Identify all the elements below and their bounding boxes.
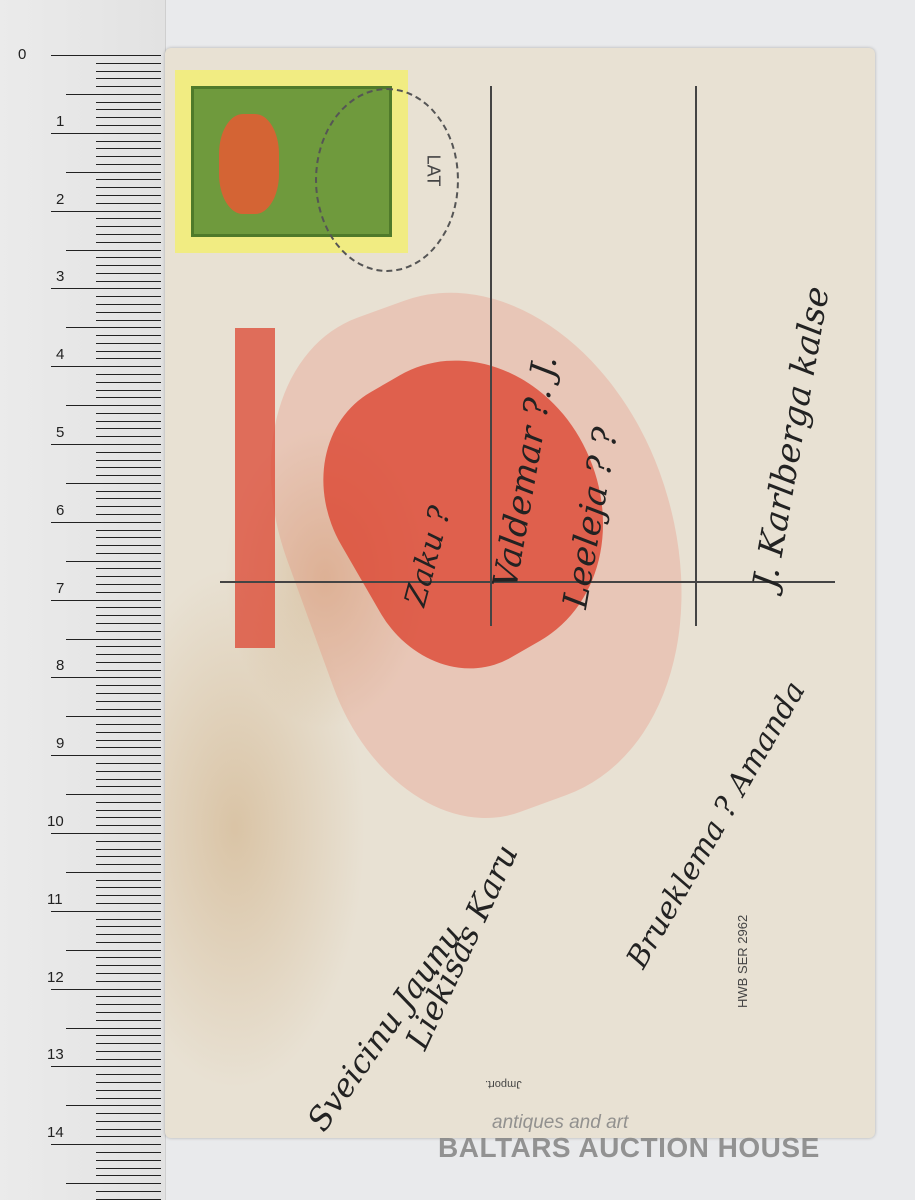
ruler-tick	[96, 849, 161, 850]
ruler-label: 10	[47, 813, 64, 830]
ruler-tick	[96, 71, 161, 72]
ruler-tick	[96, 358, 161, 359]
ruler-tick	[96, 1160, 161, 1161]
ruler-tick	[96, 475, 161, 476]
ruler-tick	[96, 631, 161, 632]
watermark-tagline: antiques and art	[492, 1112, 628, 1134]
ruler-tick	[51, 444, 161, 445]
ruler-tick	[96, 304, 161, 305]
ruler-tick	[96, 63, 161, 64]
ruler-tick	[51, 1144, 161, 1145]
ruler-tick	[96, 125, 161, 126]
ruler-tick	[96, 436, 161, 437]
ruler-tick	[96, 786, 161, 787]
ruler-tick	[96, 732, 161, 733]
ruler-tick	[96, 615, 161, 616]
ruler-tick	[96, 670, 161, 671]
ruler-tick	[96, 802, 161, 803]
ruler-tick	[96, 148, 161, 149]
ruler-tick	[96, 164, 161, 165]
ruler-label: 11	[47, 891, 63, 908]
ruler-tick	[96, 825, 161, 826]
ruler-tick	[96, 179, 161, 180]
ruler-tick	[96, 218, 161, 219]
ruler-tick	[96, 226, 161, 227]
ruler-tick	[96, 685, 161, 686]
ruler-tick	[96, 553, 161, 554]
ruler-tick	[96, 747, 161, 748]
ruler-tick	[96, 887, 161, 888]
ruler-tick	[96, 382, 161, 383]
ruler-tick	[96, 1035, 161, 1036]
ruler-tick	[96, 895, 161, 896]
ruler-tick	[96, 195, 161, 196]
ruler-tick	[96, 109, 161, 110]
ruler-tick	[96, 491, 161, 492]
measuring-ruler: 01234567891011121314	[0, 0, 166, 1200]
ruler-tick	[96, 693, 161, 694]
ruler-tick	[96, 1082, 161, 1083]
ruler-label: 0	[18, 46, 26, 63]
ruler-label: 13	[47, 1046, 64, 1063]
ruler-tick	[96, 1152, 161, 1153]
ruler-tick	[66, 405, 161, 406]
ruler-tick	[96, 296, 161, 297]
ruler-tick	[96, 203, 161, 204]
ruler-tick	[96, 810, 161, 811]
ruler-tick	[66, 639, 161, 640]
ruler-tick	[51, 989, 161, 990]
ruler-tick	[66, 716, 161, 717]
ruler-tick	[96, 320, 161, 321]
ruler-tick	[96, 740, 161, 741]
ruler-tick	[96, 452, 161, 453]
ruler-tick	[96, 926, 161, 927]
ruler-label: 4	[56, 346, 64, 363]
ruler-tick	[96, 1136, 161, 1137]
ruler-tick	[96, 864, 161, 865]
ruler-tick	[96, 592, 161, 593]
ruler-tick	[66, 794, 161, 795]
ruler-tick	[96, 607, 161, 608]
ruler-tick	[96, 646, 161, 647]
ruler-tick	[96, 1090, 161, 1091]
ruler-tick	[96, 343, 161, 344]
ruler-tick	[96, 1059, 161, 1060]
ruler-tick	[96, 537, 161, 538]
ruler-tick	[96, 413, 161, 414]
ruler-tick	[96, 568, 161, 569]
ruler-tick	[96, 957, 161, 958]
ruler-tick	[96, 117, 161, 118]
ruler-label: 3	[56, 268, 64, 285]
ruler-tick	[96, 965, 161, 966]
ruler-tick	[51, 366, 161, 367]
ruler-tick	[96, 584, 161, 585]
ruler-tick	[96, 335, 161, 336]
ruler-tick	[96, 724, 161, 725]
ruler-tick	[66, 561, 161, 562]
ruler-tick	[96, 498, 161, 499]
ruler-tick	[96, 428, 161, 429]
address-line	[695, 86, 697, 626]
ruler-tick	[96, 934, 161, 935]
ruler-tick	[96, 779, 161, 780]
ruler-tick	[51, 522, 161, 523]
ruler-tick	[66, 950, 161, 951]
ruler-tick	[96, 141, 161, 142]
ruler-tick	[96, 771, 161, 772]
center-line	[220, 581, 835, 583]
ruler-tick	[96, 576, 161, 577]
ruler-tick	[96, 460, 161, 461]
ruler-tick	[96, 973, 161, 974]
ruler-tick	[96, 1012, 161, 1013]
ruler-tick	[96, 102, 161, 103]
ruler-tick	[66, 872, 161, 873]
ruler-tick	[96, 662, 161, 663]
ruler-tick	[51, 211, 161, 212]
ruler-tick	[96, 86, 161, 87]
watermark-brand: BALTARS AUCTION HOUSE	[438, 1132, 820, 1164]
ruler-label: 14	[47, 1124, 64, 1141]
ruler-tick	[51, 833, 161, 834]
ruler-tick	[96, 257, 161, 258]
ruler-tick	[96, 281, 161, 282]
ruler-tick	[96, 701, 161, 702]
ruler-tick	[96, 919, 161, 920]
ruler-tick	[96, 545, 161, 546]
ruler-tick	[66, 1183, 161, 1184]
ruler-tick	[96, 817, 161, 818]
ruler-tick	[51, 55, 161, 56]
ruler-tick	[96, 234, 161, 235]
ruler-tick	[96, 506, 161, 507]
ruler-tick	[96, 1191, 161, 1192]
ruler-tick	[96, 1175, 161, 1176]
ruler-tick	[96, 390, 161, 391]
postmark: LAT	[315, 88, 459, 272]
ruler-tick	[96, 1020, 161, 1021]
ruler-tick	[51, 288, 161, 289]
ruler-tick	[96, 903, 161, 904]
import-mark: Jmport.	[485, 1078, 522, 1090]
ruler-tick	[96, 1004, 161, 1005]
ruler-tick	[96, 1074, 161, 1075]
ruler-label: 5	[56, 424, 64, 441]
postcard: LAT Valdemar ?. J. Leeleja ? ? J. Karlbe…	[165, 48, 875, 1138]
ruler-tick	[51, 600, 161, 601]
ruler-label: 7	[56, 580, 64, 597]
ruler-tick	[96, 273, 161, 274]
red-cancel-mark	[219, 114, 279, 214]
ruler-tick	[96, 374, 161, 375]
ruler-tick	[96, 351, 161, 352]
ruler-tick	[96, 1129, 161, 1130]
ruler-tick	[66, 1028, 161, 1029]
ruler-tick	[66, 250, 161, 251]
ruler-tick	[96, 397, 161, 398]
ruler-tick	[51, 677, 161, 678]
ruler-tick	[96, 265, 161, 266]
ruler-tick	[96, 841, 161, 842]
ruler-tick	[96, 996, 161, 997]
ruler-tick	[96, 242, 161, 243]
ruler-tick	[96, 763, 161, 764]
ruler-tick	[96, 1168, 161, 1169]
ruler-tick	[96, 187, 161, 188]
ruler-tick	[66, 94, 161, 95]
ruler-label: 6	[56, 502, 64, 519]
ruler-tick	[96, 1051, 161, 1052]
ruler-tick	[96, 856, 161, 857]
red-crayon-stroke	[235, 328, 275, 648]
ruler-tick	[96, 1113, 161, 1114]
ruler-label: 1	[56, 113, 64, 130]
ruler-tick	[51, 133, 161, 134]
ruler-label: 12	[47, 969, 64, 986]
ruler-tick	[96, 942, 161, 943]
ruler-label: 2	[56, 191, 64, 208]
ruler-tick	[66, 172, 161, 173]
ruler-tick	[96, 654, 161, 655]
ruler-tick	[96, 709, 161, 710]
ruler-tick	[96, 1043, 161, 1044]
ruler-label: 8	[56, 657, 64, 674]
ruler-tick	[96, 421, 161, 422]
ruler-tick	[96, 78, 161, 79]
ruler-tick	[66, 483, 161, 484]
ruler-tick	[51, 755, 161, 756]
ruler-tick	[96, 467, 161, 468]
ruler-tick	[66, 1105, 161, 1106]
ruler-tick	[96, 880, 161, 881]
ruler-tick	[96, 514, 161, 515]
ruler-tick	[96, 1121, 161, 1122]
ruler-tick	[96, 1098, 161, 1099]
ruler-tick	[96, 156, 161, 157]
ruler-tick	[51, 1066, 161, 1067]
ruler-tick	[96, 981, 161, 982]
ruler-tick	[51, 911, 161, 912]
ruler-tick	[96, 623, 161, 624]
publisher-mark: HWB SER 2962	[735, 915, 750, 1008]
ruler-tick	[96, 530, 161, 531]
address-line-3: J. Karlberga kalse	[745, 283, 837, 591]
ruler-tick	[96, 312, 161, 313]
ruler-tick	[66, 327, 161, 328]
ruler-label: 9	[56, 735, 64, 752]
